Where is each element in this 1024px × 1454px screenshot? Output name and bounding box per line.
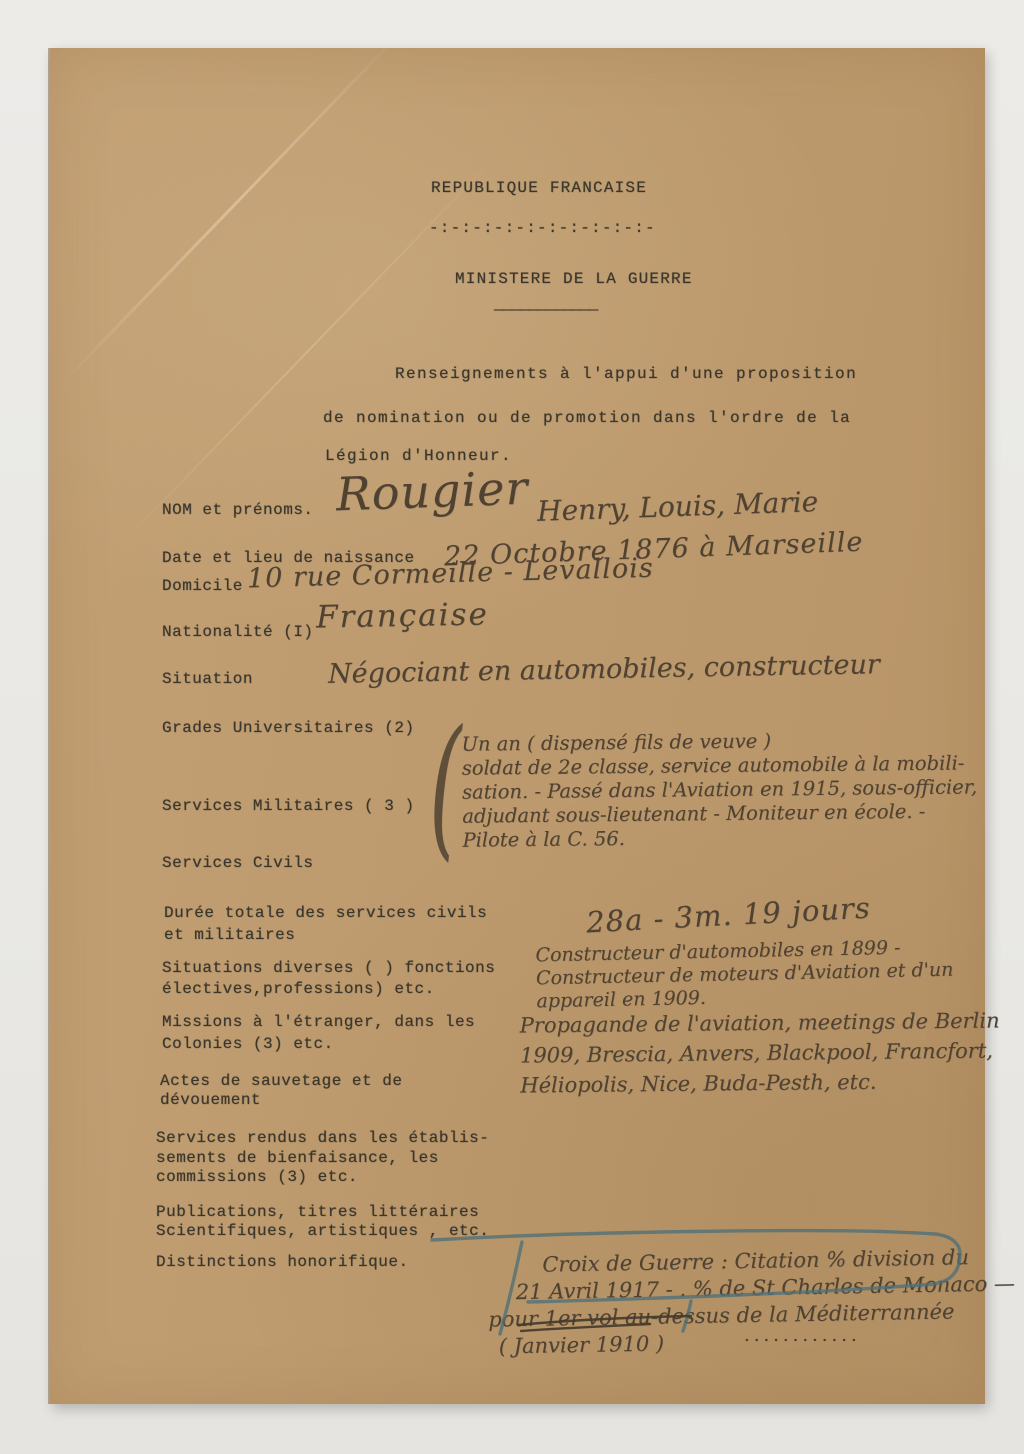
field-label-services-rendus-1: Services rendus dans les établis- xyxy=(156,1128,489,1148)
field-value-duree: 28a - 3m. 19 jours xyxy=(585,891,871,940)
intro-line: Renseignements à l'appui d'une propositi… xyxy=(395,364,857,384)
field-label-missions-2: Colonies (3) etc. xyxy=(162,1034,334,1054)
field-label-publications-2: Scientifiques, artistiques , etc. xyxy=(156,1221,489,1241)
field-label-distinctions: Distinctions honorifique. xyxy=(156,1252,409,1272)
intro-line: de nomination ou de promotion dans l'ord… xyxy=(323,408,851,428)
handwritten-line: Pilote à la C. 56. xyxy=(462,823,977,852)
ink-dots-row: ············ xyxy=(744,1330,861,1351)
field-value-situation: Négociant en automobiles, constructeur xyxy=(328,649,880,690)
field-label-actes-1: Actes de sauvetage et de xyxy=(160,1071,402,1091)
field-label-services-civils: Services Civils xyxy=(162,853,314,873)
header-ministry-underline: ———————————— xyxy=(494,300,597,320)
field-label-services-militaires: Services Militaires ( 3 ) xyxy=(162,796,415,816)
crease-line xyxy=(62,36,398,383)
header-divider: -:-:-:-:-:-:-:-:-:-:- xyxy=(429,218,656,238)
field-label-actes-2: dévouement xyxy=(160,1090,261,1110)
field-label-grades: Grades Universitaires (2) xyxy=(162,718,415,738)
field-label-duree-1: Durée totale des services civils xyxy=(164,903,487,923)
field-value-surname: Rougier xyxy=(335,461,529,522)
field-value-given-names: Henry, Louis, Marie xyxy=(537,485,819,528)
field-value-services-militaires: Un an ( dispensé fils de veuve ) soldat … xyxy=(461,727,977,852)
field-label-situation: Situation xyxy=(162,669,253,689)
field-label-situations-1: Situations diverses ( ) fonctions xyxy=(162,958,495,978)
field-label-publications-1: Publications, titres littéraires xyxy=(156,1202,479,1222)
scan-background: { "document": { "header": { "republic": … xyxy=(0,0,1024,1454)
header-republic-title: REPUBLIQUE FRANCAISE xyxy=(431,178,647,198)
document-page: REPUBLIQUE FRANCAISE -:-:-:-:-:-:-:-:-:-… xyxy=(50,48,985,1404)
field-label-missions-1: Missions à l'étranger, dans les xyxy=(162,1012,475,1032)
field-label-situations-2: électives,professions) etc. xyxy=(162,979,435,999)
handwritten-line: 1909, Brescia, Anvers, Blackpool, Francf… xyxy=(520,1035,1000,1070)
field-label-duree-2: et militaires xyxy=(164,925,295,945)
field-label-nom: NOM et prénoms. xyxy=(162,500,314,520)
field-value-missions: Propagande de l'aviation, meetings de Be… xyxy=(520,1005,1001,1100)
header-ministry-title: MINISTERE DE LA GUERRE xyxy=(455,269,693,289)
field-value-nationalite: Française xyxy=(316,596,489,635)
field-label-services-rendus-3: commissions (3) etc. xyxy=(156,1167,358,1187)
handwritten-line: Héliopolis, Nice, Buda-Pesth, etc. xyxy=(520,1065,1000,1100)
field-label-services-rendus-2: sements de bienfaisance, les xyxy=(156,1148,439,1168)
field-value-situations: Constructeur d'automobiles en 1899 - Con… xyxy=(535,936,954,1014)
field-label-nationalite: Nationalité (I) xyxy=(162,622,314,642)
field-label-domicile: Domicile xyxy=(162,576,243,596)
handwritten-brace: ( xyxy=(429,711,461,864)
